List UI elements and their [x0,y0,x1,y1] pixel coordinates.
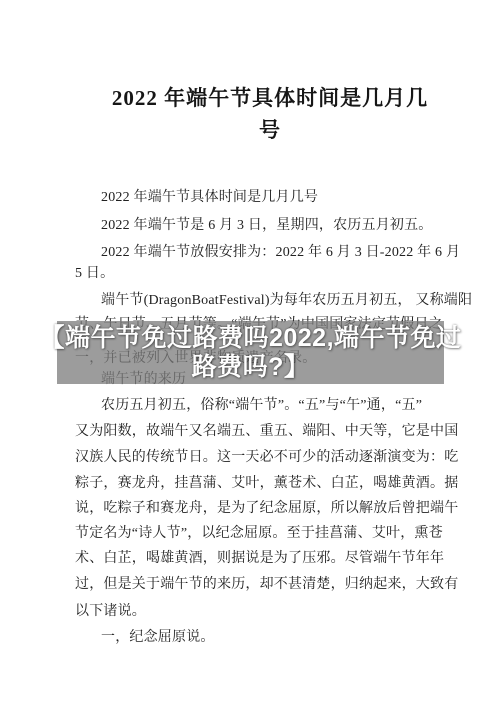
page-title-line1: 2022 年端午节具体时间是几月几 [70,82,470,114]
doc-line: 汉族人民的传统节日。这一天必不可少的活动逐渐演变为：吃 [75,446,458,466]
doc-line: 端午节(DragonBoatFestival)为每年农历五月初五， 又称端阳 [101,289,472,309]
doc-line: 粽子，赛龙舟，挂菖蒲、艾叶，薰苍术、白芷，喝雄黄酒。据 [75,472,458,492]
doc-line: 2022 年端午节是 6 月 3 日，星期四，农历五月初五。 [101,214,433,234]
doc-line: 过，但是关于端午节的来历，却不甚清楚，归纳起来，大致有 [75,573,458,593]
doc-line: 一，纪念屈原说。 [101,626,215,646]
overlay-text-line1: 【端午节免过路费吗2022,端午节免过 [39,324,461,353]
doc-line: 2022 年端午节具体时间是几月几号 [101,186,318,206]
page-title: 2022 年端午节具体时间是几月几 号 [70,82,470,146]
watermark-overlay-banner[interactable]: 【端午节免过路费吗2022,端午节免过 路费吗?】 [57,321,444,384]
doc-line: 说，吃粽子和赛龙舟，是为了纪念屈原，所以解放后曾把端午 [75,497,458,517]
doc-line: 农历五月初五，俗称“端午节”。“五”与“午”通，“五” [101,394,422,414]
doc-line: 5 日。 [75,262,114,282]
doc-line: 以下诸说。 [75,600,146,620]
doc-line: 术、白芷，喝雄黄酒，则据说是为了压邪。尽管端午节年年 [75,547,444,567]
overlay-text-line2: 路费吗?】 [192,353,310,382]
doc-line: 又为阳数，故端午又名端五、重五、端阳、中天等，它是中国 [75,420,458,440]
doc-line: 2022 年端午节放假安排为：2022 年 6 月 3 日-2022 年 6 月 [101,241,460,261]
doc-line: 节定名为“诗人节”，以纪念屈原。至于挂菖蒲、艾叶，熏苍 [75,522,443,542]
document-page: 2022 年端午节具体时间是几月几 号 2022 年端午节具体时间是几月几号 2… [0,0,500,706]
page-title-line2: 号 [70,114,470,146]
